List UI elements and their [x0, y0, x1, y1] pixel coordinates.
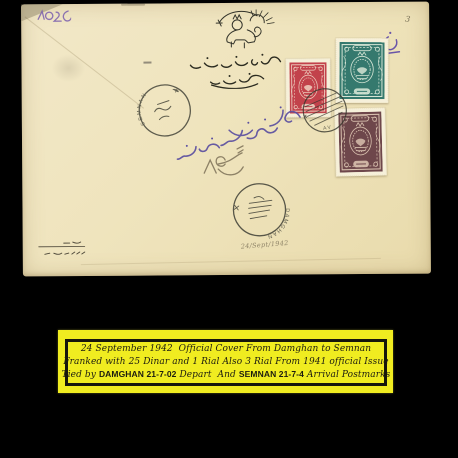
damghan-postmark: DAMGHAN — [225, 175, 295, 245]
caption-damghan-postmark-text: DAMGHAN 21-7-02 — [99, 369, 177, 379]
caption-strip: 24 September 1942 Official Cover From Da… — [58, 330, 393, 393]
caption-line3-script2: Depart And — [176, 370, 238, 380]
lion-and-sun-emblem-icon — [201, 7, 287, 50]
caption-line-1: 24 September 1942 Official Cover From Da… — [81, 343, 371, 356]
paper-stain — [51, 54, 85, 82]
caption-line3-script1: Tied by — [62, 370, 99, 380]
bottom-crease — [81, 258, 381, 265]
svg-text:DAMGHAN: DAMGHAN — [265, 206, 291, 243]
caption-line-2: Franked with 25 Dinar and 1 Rial Also 3 … — [63, 356, 388, 369]
printed-heading-line1 — [187, 51, 285, 72]
caption-semnan-postmark-text: SEMNAN 21-7-4 — [239, 369, 304, 379]
caption-frame: 24 September 1942 Official Cover From Da… — [65, 339, 387, 386]
top-edge-tear — [121, 4, 145, 6]
printer-imprint — [37, 237, 89, 259]
postal-cover: 3 SEMNAN — [21, 2, 431, 277]
handwritten-number — [35, 8, 71, 24]
printed-heading-line2 — [206, 71, 268, 89]
scan-background: 3 SEMNAN — [0, 0, 458, 458]
handwritten-dash — [143, 62, 151, 64]
svg-text:SEMNAN: SEMNAN — [130, 91, 157, 127]
pencil-mark: 3 — [405, 14, 411, 24]
pencil-date: 24/Sept/1942 — [241, 239, 289, 251]
caption-line3-script3: Arrival Postmarks — [304, 370, 390, 380]
caption-line-3: Tied by DAMGHAN 21-7-02 Depart And SEMNA… — [62, 368, 391, 382]
